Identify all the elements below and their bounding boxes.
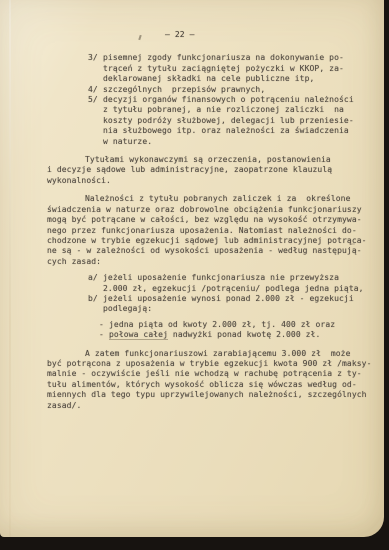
text-line: 2.000 zł, egzekucji /potrąceniu/ podlega…	[88, 284, 359, 294]
dashed-list: - jedna piąta od kwoty 2.000 zł, tj. 400…	[99, 320, 359, 341]
text-line: A zatem funkcjonariuszowi zarabiającemu …	[47, 349, 359, 359]
dash-item: - połowa całej nadwyżki ponad kwotę 2.00…	[99, 330, 359, 340]
text-line: podlegają:	[88, 304, 359, 314]
text-line: szczególnych przepisów prawnych,	[88, 85, 359, 95]
text-line: z tytułu pobranej, a nie rozliczonej zal…	[88, 105, 359, 115]
text-line: w naturze.	[88, 137, 359, 147]
scanned-document: – 22 – 3/ pisemnej zgody funkcjonariusza…	[0, 0, 389, 550]
text-line: deklarowanej składki na cele publiczne i…	[88, 74, 359, 84]
text-line: wykonalności.	[47, 176, 359, 186]
paragraph-3: A zatem funkcjonariuszowi zarabiającemu …	[47, 349, 359, 411]
text-line: jeżeli uposażenie wynosi ponad 2.000 zł …	[88, 294, 359, 304]
text-line: nia służbowego itp. oraz należności za ś…	[88, 126, 359, 136]
list-marker: a/	[88, 273, 98, 283]
text-line: jeżeli uposażenie funkcjonariusza nie pr…	[88, 273, 359, 283]
list-marker: 4/	[88, 85, 98, 95]
text-line: tułu alimentów, których wysokość oblicza…	[47, 380, 359, 390]
text-line: mogą być potrącane w całości, bez względ…	[47, 215, 359, 225]
text-line: połowa całej nadwyżki ponad kwotę 2.000 …	[99, 330, 359, 340]
text-block: – 22 – 3/ pisemnej zgody funkcjonariusza…	[47, 30, 359, 411]
text-line: trąceń z tytułu zaciągniętej pożyczki w …	[88, 64, 359, 74]
page-number: – 22 –	[165, 30, 359, 40]
text-line: ne są - w zależności od wysokości uposaż…	[47, 246, 359, 256]
text-line: Należności z tytułu pobranych zaliczek i…	[47, 194, 359, 204]
numbered-list: 3/ pisemnej zgody funkcjonariusza na dok…	[88, 53, 359, 147]
text-line: malnie - oczywiście jeśli nie wchodzą w …	[47, 369, 359, 379]
text-line: i decyzje sądowe lub administracyjne, za…	[47, 165, 359, 175]
lettered-list: a/ jeżeli uposażenie funkcjonariusza nie…	[88, 273, 359, 315]
text-span: nadwyżki ponad kwotę 2.000 zł.	[168, 330, 320, 339]
list-item-3: 3/ pisemnej zgody funkcjonariusza na dok…	[88, 53, 359, 84]
text-line: być potrącona z uposażenia w trybie egze…	[47, 359, 359, 369]
paper-crease	[9, 0, 11, 537]
list-item-b: b/ jeżeli uposażenie wynosi ponad 2.000 …	[88, 294, 359, 315]
text-line: jedna piąta od kwoty 2.000 zł, tj. 400 z…	[99, 320, 359, 330]
paragraph-1: Tytułami wykonawczymi są orzeczenia, pos…	[47, 155, 359, 186]
text-line: cych zasad:	[47, 257, 359, 267]
paper-sheet: – 22 – 3/ pisemnej zgody funkcjonariusza…	[0, 0, 384, 537]
text-line: nego przez funkcjonariusza uposażenia. N…	[47, 226, 359, 236]
text-line: pisemnej zgody funkcjonariusza na dokony…	[88, 53, 359, 63]
text-line: decyzji organów finansowych o potrąceniu…	[88, 95, 359, 105]
list-marker: 3/	[88, 53, 98, 63]
list-item-5: 5/ decyzji organów finansowych o potrące…	[88, 95, 359, 147]
list-marker: b/	[88, 294, 98, 304]
underlined-text: połowa całej	[109, 330, 168, 340]
text-line: zasad/.	[47, 401, 359, 411]
list-item-4: 4/ szczególnych przepisów prawnych,	[88, 85, 359, 95]
paragraph-2: Należności z tytułu pobranych zaliczek i…	[47, 194, 359, 267]
text-line: chodzone w trybie egzekucji sądowej lub …	[47, 236, 359, 246]
dash-item: - jedna piąta od kwoty 2.000 zł, tj. 400…	[99, 320, 359, 330]
list-marker: 5/	[88, 95, 98, 105]
dash-marker: -	[99, 320, 104, 330]
text-line: świadczenia w naturze oraz dobrowolne ob…	[47, 205, 359, 215]
text-line: Tytułami wykonawczymi są orzeczenia, pos…	[47, 155, 359, 165]
dash-marker: -	[99, 330, 104, 340]
text-line: miennych dla tego typu uprzywilejowanych…	[47, 390, 359, 400]
text-line: koszty podróży służbowej, delegacji lub …	[88, 116, 359, 126]
list-item-a: a/ jeżeli uposażenie funkcjonariusza nie…	[88, 273, 359, 294]
